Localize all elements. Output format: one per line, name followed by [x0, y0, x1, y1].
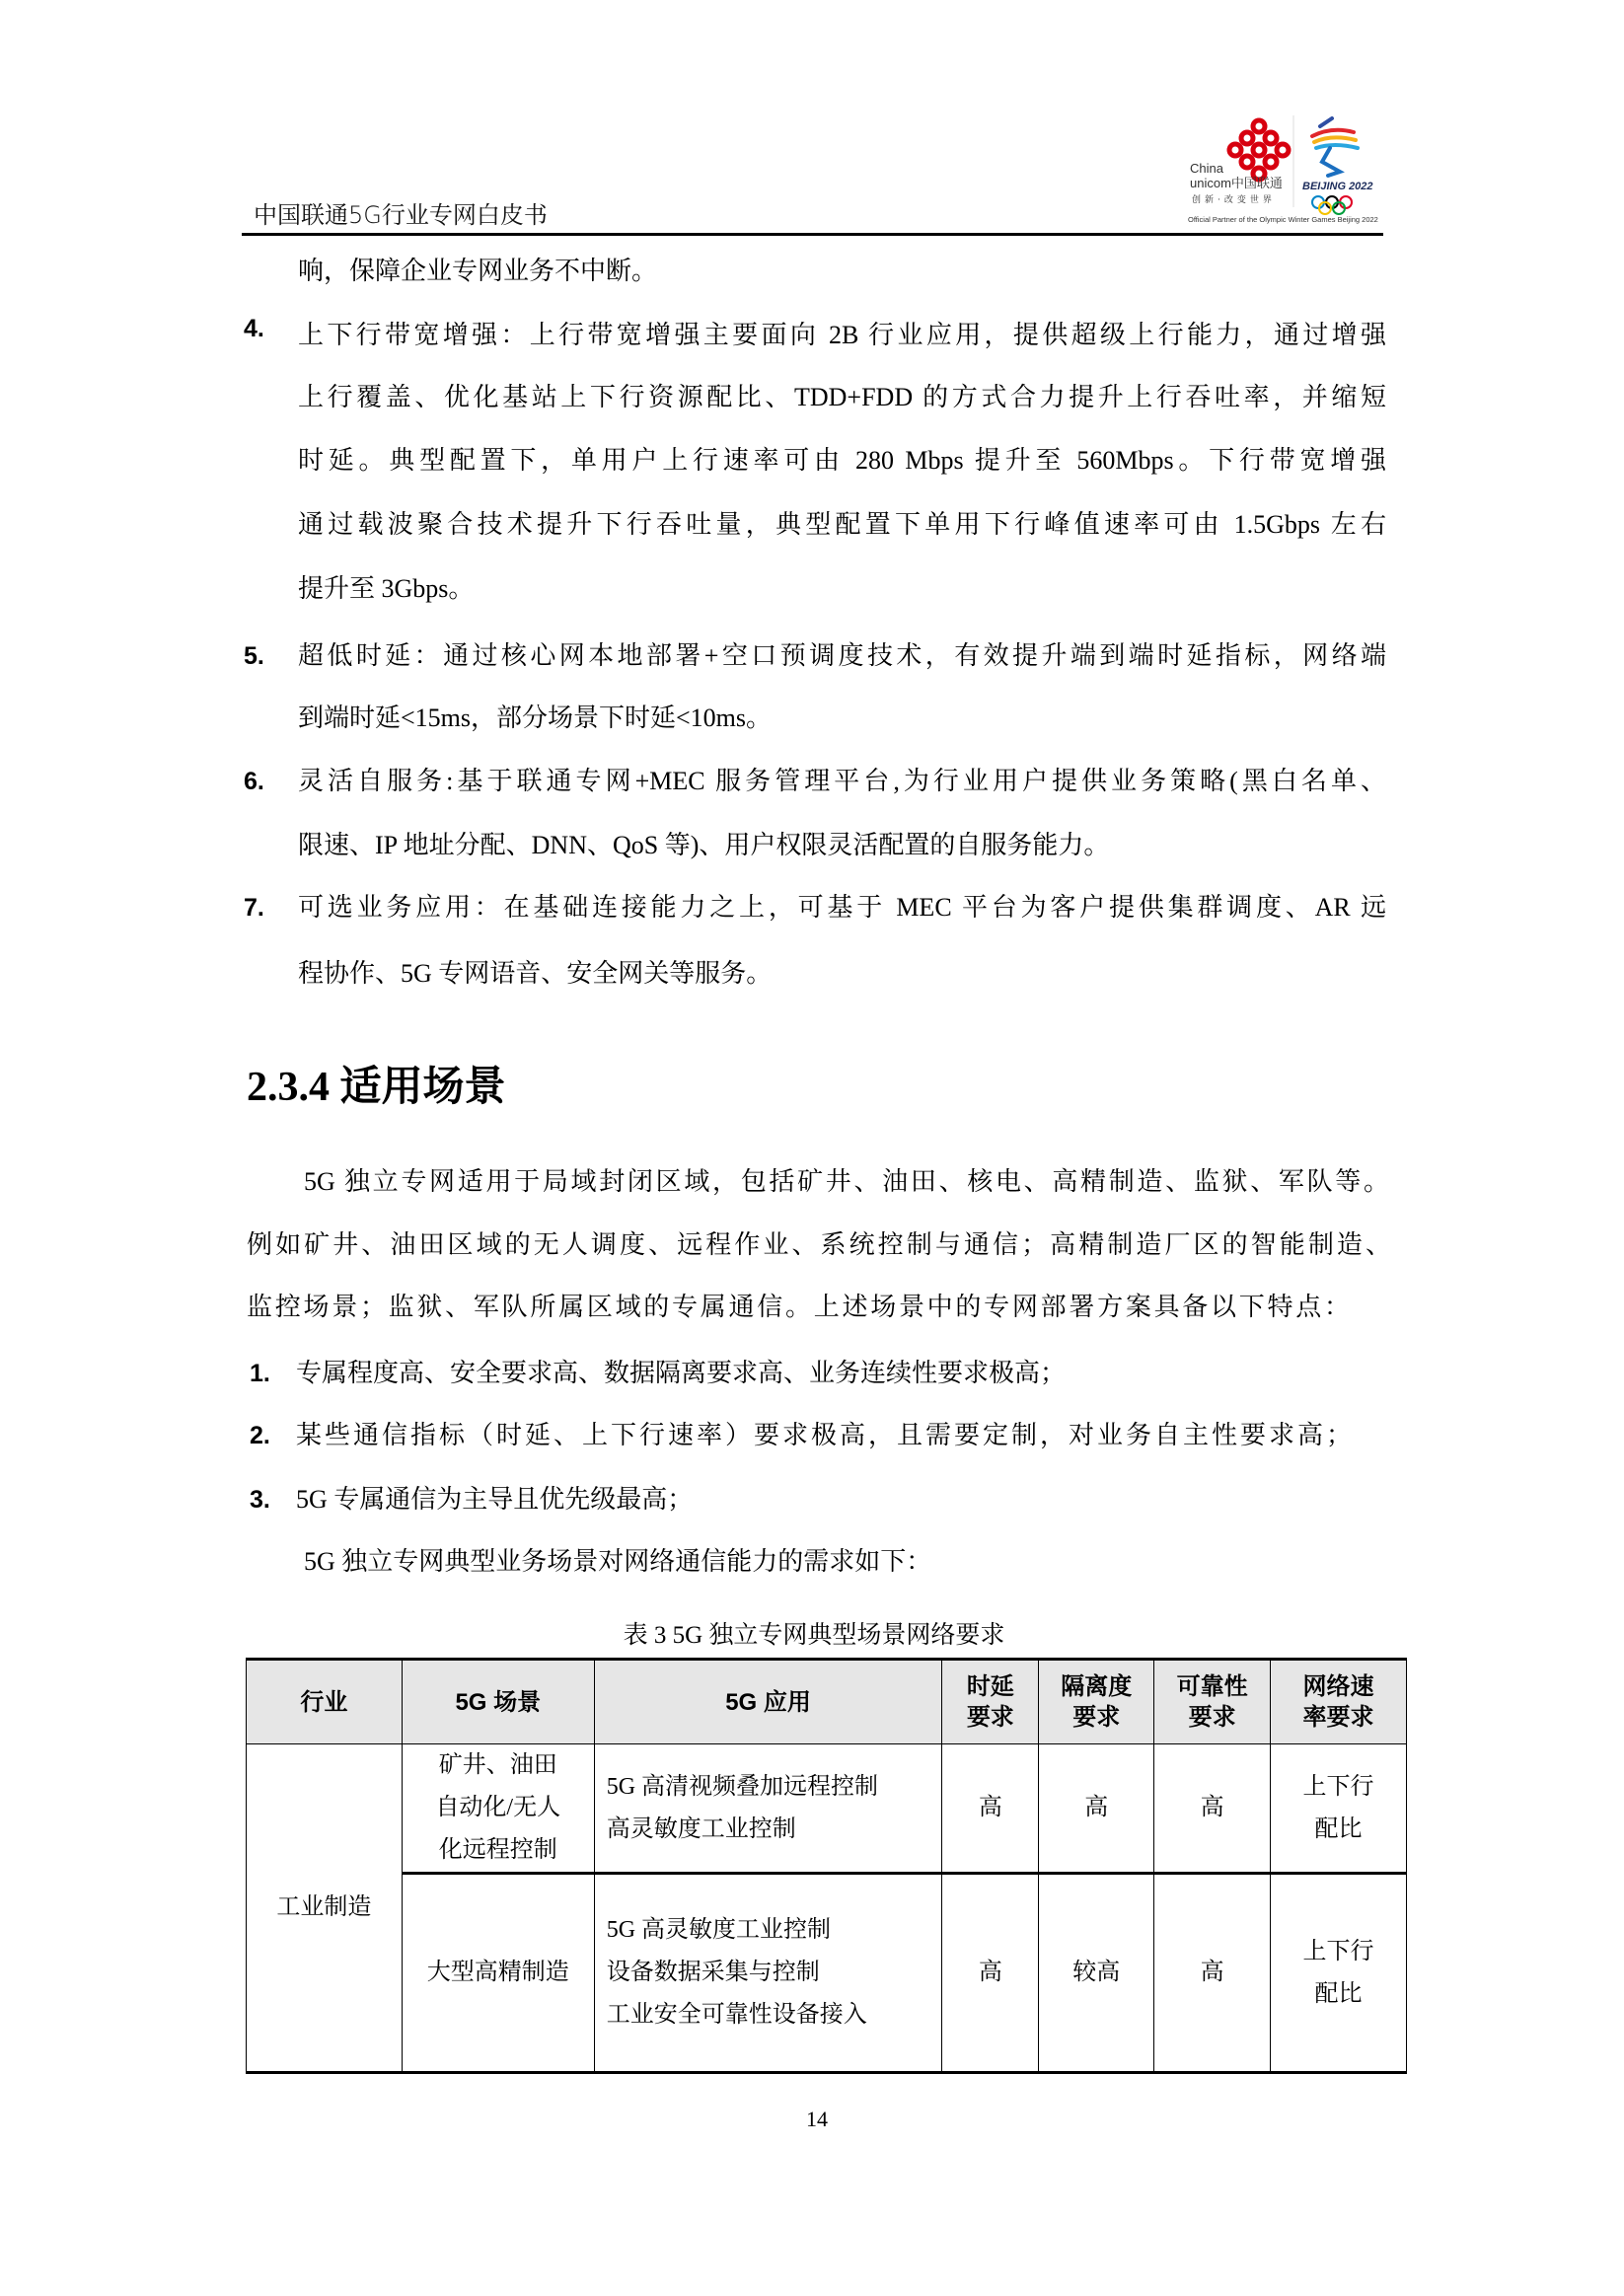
header-5g-application: 5G 应用 [594, 1660, 942, 1744]
list-item-5-line-1: 超低时延：通过核心网本地部署+空口预调度技术，有效提升端到端时延指标，网络端 [298, 640, 1386, 672]
characteristic-3: 5G 专属通信为主导且优先级最高； [296, 1484, 693, 1516]
table-caption: 表 3 5G 独立专网典型场景网络要求 [587, 1621, 1041, 1651]
svg-text:unicom中国联通: unicom中国联通 [1190, 176, 1283, 190]
table-header-row: 行业 5G 场景 5G 应用 时延要求 隔离度要求 可靠性要求 网络速率要求 [247, 1660, 1407, 1744]
cell-isolation: 较高 [1039, 1874, 1154, 2073]
header-industry: 行业 [247, 1660, 403, 1744]
section-heading: 2.3.4 适用场景 [247, 1065, 506, 1110]
cell-rate: 上下行配比 [1271, 1874, 1407, 2073]
running-header-title: 中国联通5G行业专网白皮书 [254, 200, 548, 230]
cell-scenario: 矿井、油田自动化/无人化远程控制 [402, 1744, 594, 1874]
list-number: 2. [250, 1420, 270, 1451]
svg-text:创新·改变世界: 创新·改变世界 [1192, 193, 1276, 205]
list-item-6-line-2: 限速、IP 地址分配、DNN、QoS 等)、用户权限灵活配置的自服务能力。 [298, 830, 1109, 861]
characteristic-2: 某些通信指标（时延、上下行速率）要求极高，且需要定制，对业务自主性要求高； [296, 1420, 1352, 1451]
list-number: 6. [244, 766, 264, 797]
partner-logo-block: China unicom中国联通 创新·改变世界 BEIJING 2022 Of… [1184, 111, 1386, 229]
continuation-line: 响，保障企业专网业务不中断。 [298, 256, 657, 287]
list-item-7-line-2: 程协作、5G 专网语音、安全网关等服务。 [298, 958, 772, 990]
list-item-4-line-4: 通过载波聚合技术提升下行吞吐量，典型配置下单用下行峰值速率可由 1.5Gbps … [298, 509, 1386, 541]
list-item-6-line-1: 灵活自服务:基于联通专网+MEC 服务管理平台,为行业用户提供业务策略(黑白名单… [298, 766, 1386, 797]
svg-text:BEIJING 2022: BEIJING 2022 [1302, 181, 1373, 192]
cell-latency: 高 [942, 1744, 1039, 1874]
list-item-4-line-5: 提升至 3Gbps。 [298, 573, 474, 605]
svg-text:China: China [1190, 161, 1224, 176]
cell-reliability: 高 [1154, 1874, 1271, 2073]
list-number: 7. [244, 892, 264, 924]
network-requirements-table: 行业 5G 场景 5G 应用 时延要求 隔离度要求 可靠性要求 网络速率要求 工… [246, 1658, 1407, 2074]
cell-application: 5G 高清视频叠加远程控制高灵敏度工业控制 [594, 1744, 942, 1874]
list-item-5-line-2: 到端时延<15ms，部分场景下时延<10ms。 [298, 703, 772, 734]
cell-isolation: 高 [1039, 1744, 1154, 1874]
header-reliability: 可靠性要求 [1154, 1660, 1271, 1744]
list-item-7-line-1: 可选业务应用：在基础连接能力之上，可基于 MEC 平台为客户提供集群调度、AR … [298, 892, 1386, 924]
characteristic-1: 专属程度高、安全要求高、数据隔离要求高、业务连续性要求极高； [296, 1358, 1066, 1389]
header-network-rate: 网络速率要求 [1271, 1660, 1407, 1744]
list-number: 1. [250, 1358, 270, 1389]
intro-paragraph-line-2: 例如矿井、油田区域的无人调度、远程作业、系统控制与通信；高精制造厂区的智能制造、 [247, 1229, 1391, 1261]
list-number: 4. [244, 313, 264, 344]
intro-paragraph-line-3: 监控场景；监狱、军队所属区域的专属通信。上述场景中的专网部署方案具备以下特点： [247, 1292, 1350, 1323]
cell-rate: 上下行配比 [1271, 1744, 1407, 1874]
table-row: 工业制造 矿井、油田自动化/无人化远程控制 5G 高清视频叠加远程控制高灵敏度工… [247, 1744, 1407, 1874]
header-isolation: 隔离度要求 [1039, 1660, 1154, 1744]
list-number: 5. [244, 640, 264, 672]
intro-paragraph-line-1: 5G 独立专网适用于局域封闭区域，包括矿井、油田、核电、高精制造、监狱、军队等。 [304, 1166, 1389, 1198]
china-unicom-knot-icon: China unicom中国联通 创新·改变世界 BEIJING 2022 Of… [1184, 111, 1386, 229]
list-item-4-line-3: 时延。典型配置下，单用户上行速率可由 280 Mbps 提升至 560Mbps。… [298, 445, 1386, 477]
cell-application: 5G 高灵敏度工业控制设备数据采集与控制工业安全可靠性设备接入 [594, 1874, 942, 2073]
cell-scenario: 大型高精制造 [402, 1874, 594, 2073]
svg-text:Official Partner of the Olympi: Official Partner of the Olympic Winter G… [1188, 215, 1378, 224]
cell-latency: 高 [942, 1874, 1039, 2073]
cell-reliability: 高 [1154, 1744, 1271, 1874]
list-item-4-line-1: 上下行带宽增强：上行带宽增强主要面向 2B 行业应用，提供超级上行能力，通过增强 [298, 320, 1386, 351]
header-divider [242, 233, 1383, 236]
header-5g-scenario: 5G 场景 [402, 1660, 594, 1744]
table-row: 大型高精制造 5G 高灵敏度工业控制设备数据采集与控制工业安全可靠性设备接入 高… [247, 1874, 1407, 2073]
header-latency: 时延要求 [942, 1660, 1039, 1744]
cell-industry: 工业制造 [247, 1744, 403, 2073]
list-item-4-line-2: 上行覆盖、优化基站上下行资源配比、TDD+FDD 的方式合力提升上行吞吐率，并缩… [298, 382, 1386, 413]
list-number: 3. [250, 1484, 270, 1516]
page-number: 14 [802, 2106, 832, 2133]
table-intro-text: 5G 独立专网典型业务场景对网络通信能力的需求如下： [304, 1546, 931, 1578]
